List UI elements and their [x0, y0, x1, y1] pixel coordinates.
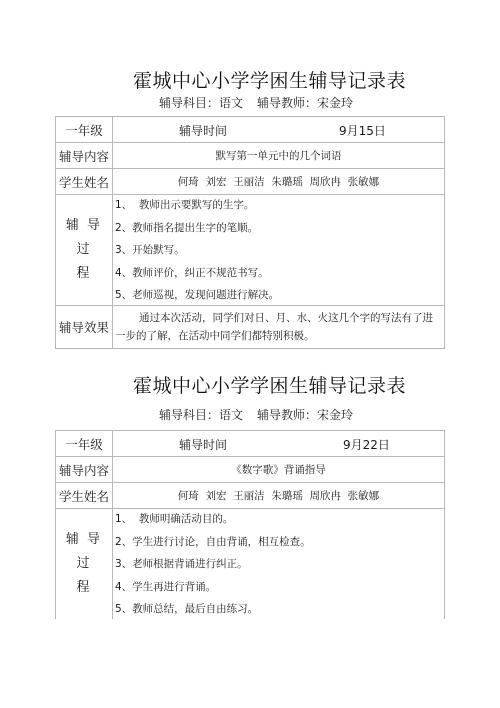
content-value: 默写第一单元中的几个词语 [113, 143, 445, 169]
time-label: 辅导时间 [179, 122, 227, 139]
subject-label: 辅导科目： [159, 408, 219, 422]
time-cell: 辅导时间 9月22日 [113, 431, 445, 457]
process-label: 辅 导 过 程 [56, 195, 113, 306]
students-value: 何琦 刘宏 王丽洁 朱璐瑶 周欣冉 张敏娜 [113, 483, 445, 509]
subject-label: 辅导科目： [159, 96, 219, 110]
step-item: 5、教师总结，最后自由练习。 [115, 601, 444, 619]
record-table: 一年级 辅导时间 9月15日 辅导内容 默写第一单元中的几个词语 学生姓名 何琦… [55, 116, 445, 349]
table-row-students: 学生姓名 何琦 刘宏 王丽洁 朱璐瑶 周欣冉 张敏娜 [56, 483, 445, 509]
effect-value: 通过本次活动，同学们对日、月、水、火这几个字的写法有了进一步的了解，在活动中同学… [113, 306, 445, 349]
step-item: 2、教师指名提出生字的笔顺。 [115, 220, 444, 243]
students-label: 学生姓名 [56, 169, 113, 195]
table-row-content: 辅导内容 默写第一单元中的几个词语 [56, 143, 445, 169]
table-row-students: 学生姓名 何琦 刘宏 王丽洁 朱璐瑶 周欣冉 张敏娜 [56, 169, 445, 195]
students-label: 学生姓名 [56, 483, 113, 509]
table-row-effect: 辅导效果 通过本次活动，同学们对日、月、水、火这几个字的写法有了进一步的了解，在… [56, 306, 445, 349]
time-label: 辅导时间 [179, 436, 227, 453]
record-subtitle: 辅导科目：语文辅导教师：宋金玲 [159, 94, 353, 111]
effect-label: 辅导效果 [56, 306, 113, 349]
teacher-label: 辅导教师： [257, 408, 317, 422]
process-steps: 1、 教师出示要默写的生字。 2、教师指名提出生字的笔顺。 3、开始默写。 4、… [113, 195, 445, 306]
grade-cell: 一年级 [56, 117, 113, 143]
record-table: 一年级 辅导时间 9月22日 辅导内容 《数字歌》背诵指导 学生姓名 何琦 刘宏… [55, 430, 445, 619]
process-label: 辅 导 过 程 [56, 509, 113, 620]
table-row-process: 辅 导 过 程 1、 教师明确活动目的。 2、学生进行讨论，自由背诵，相互检查。… [56, 509, 445, 620]
time-cell: 辅导时间 9月15日 [113, 117, 445, 143]
step-item: 1、 教师出示要默写的生字。 [115, 197, 444, 220]
date-value: 9月22日 [343, 436, 390, 453]
step-item: 1、 教师明确活动目的。 [115, 511, 444, 534]
record-title: 霍城中心小学学困生辅导记录表 [133, 371, 453, 398]
content-label: 辅导内容 [56, 143, 113, 169]
date-value: 9月15日 [339, 122, 386, 139]
table-row-grade-time: 一年级 辅导时间 9月22日 [56, 431, 445, 457]
teacher-label: 辅导教师： [257, 96, 317, 110]
content-value: 《数字歌》背诵指导 [113, 457, 445, 483]
subject-value: 语文 [219, 96, 243, 110]
record-subtitle: 辅导科目：语文辅导教师：宋金玲 [159, 406, 353, 423]
record-title: 霍城中心小学学困生辅导记录表 [133, 66, 453, 93]
grade-cell: 一年级 [56, 431, 113, 457]
process-label-line1: 辅 导 过 [56, 214, 112, 262]
step-item: 5、老师巡视，发现问题进行解决。 [115, 287, 444, 305]
table-row-content: 辅导内容 《数字歌》背诵指导 [56, 457, 445, 483]
table-row-process: 辅 导 过 程 1、 教师出示要默写的生字。 2、教师指名提出生字的笔顺。 3、… [56, 195, 445, 306]
subject-value: 语文 [219, 408, 243, 422]
step-item: 3、开始默写。 [115, 242, 444, 265]
teacher-value: 宋金玲 [317, 408, 353, 422]
content-label: 辅导内容 [56, 457, 113, 483]
step-item: 2、学生进行讨论，自由背诵，相互检查。 [115, 534, 444, 557]
students-value: 何琦 刘宏 王丽洁 朱璐瑶 周欣冉 张敏娜 [113, 169, 445, 195]
process-steps: 1、 教师明确活动目的。 2、学生进行讨论，自由背诵，相互检查。 3、老师根据背… [113, 509, 445, 620]
step-item: 4、学生再进行背诵。 [115, 579, 444, 602]
process-label-line1: 辅 导 过 [56, 528, 112, 576]
effect-text: 通过本次活动，同学们对日、月、水、火这几个字的写法有了进一步的了解，在活动中同学… [115, 312, 433, 342]
step-item: 3、老师根据背诵进行纠正。 [115, 556, 444, 579]
table-row-grade-time: 一年级 辅导时间 9月15日 [56, 117, 445, 143]
process-label-line2: 程 [56, 576, 112, 600]
step-item: 4、教师评价，纠正不规范书写。 [115, 265, 444, 288]
teacher-value: 宋金玲 [317, 96, 353, 110]
process-label-line2: 程 [56, 262, 112, 286]
